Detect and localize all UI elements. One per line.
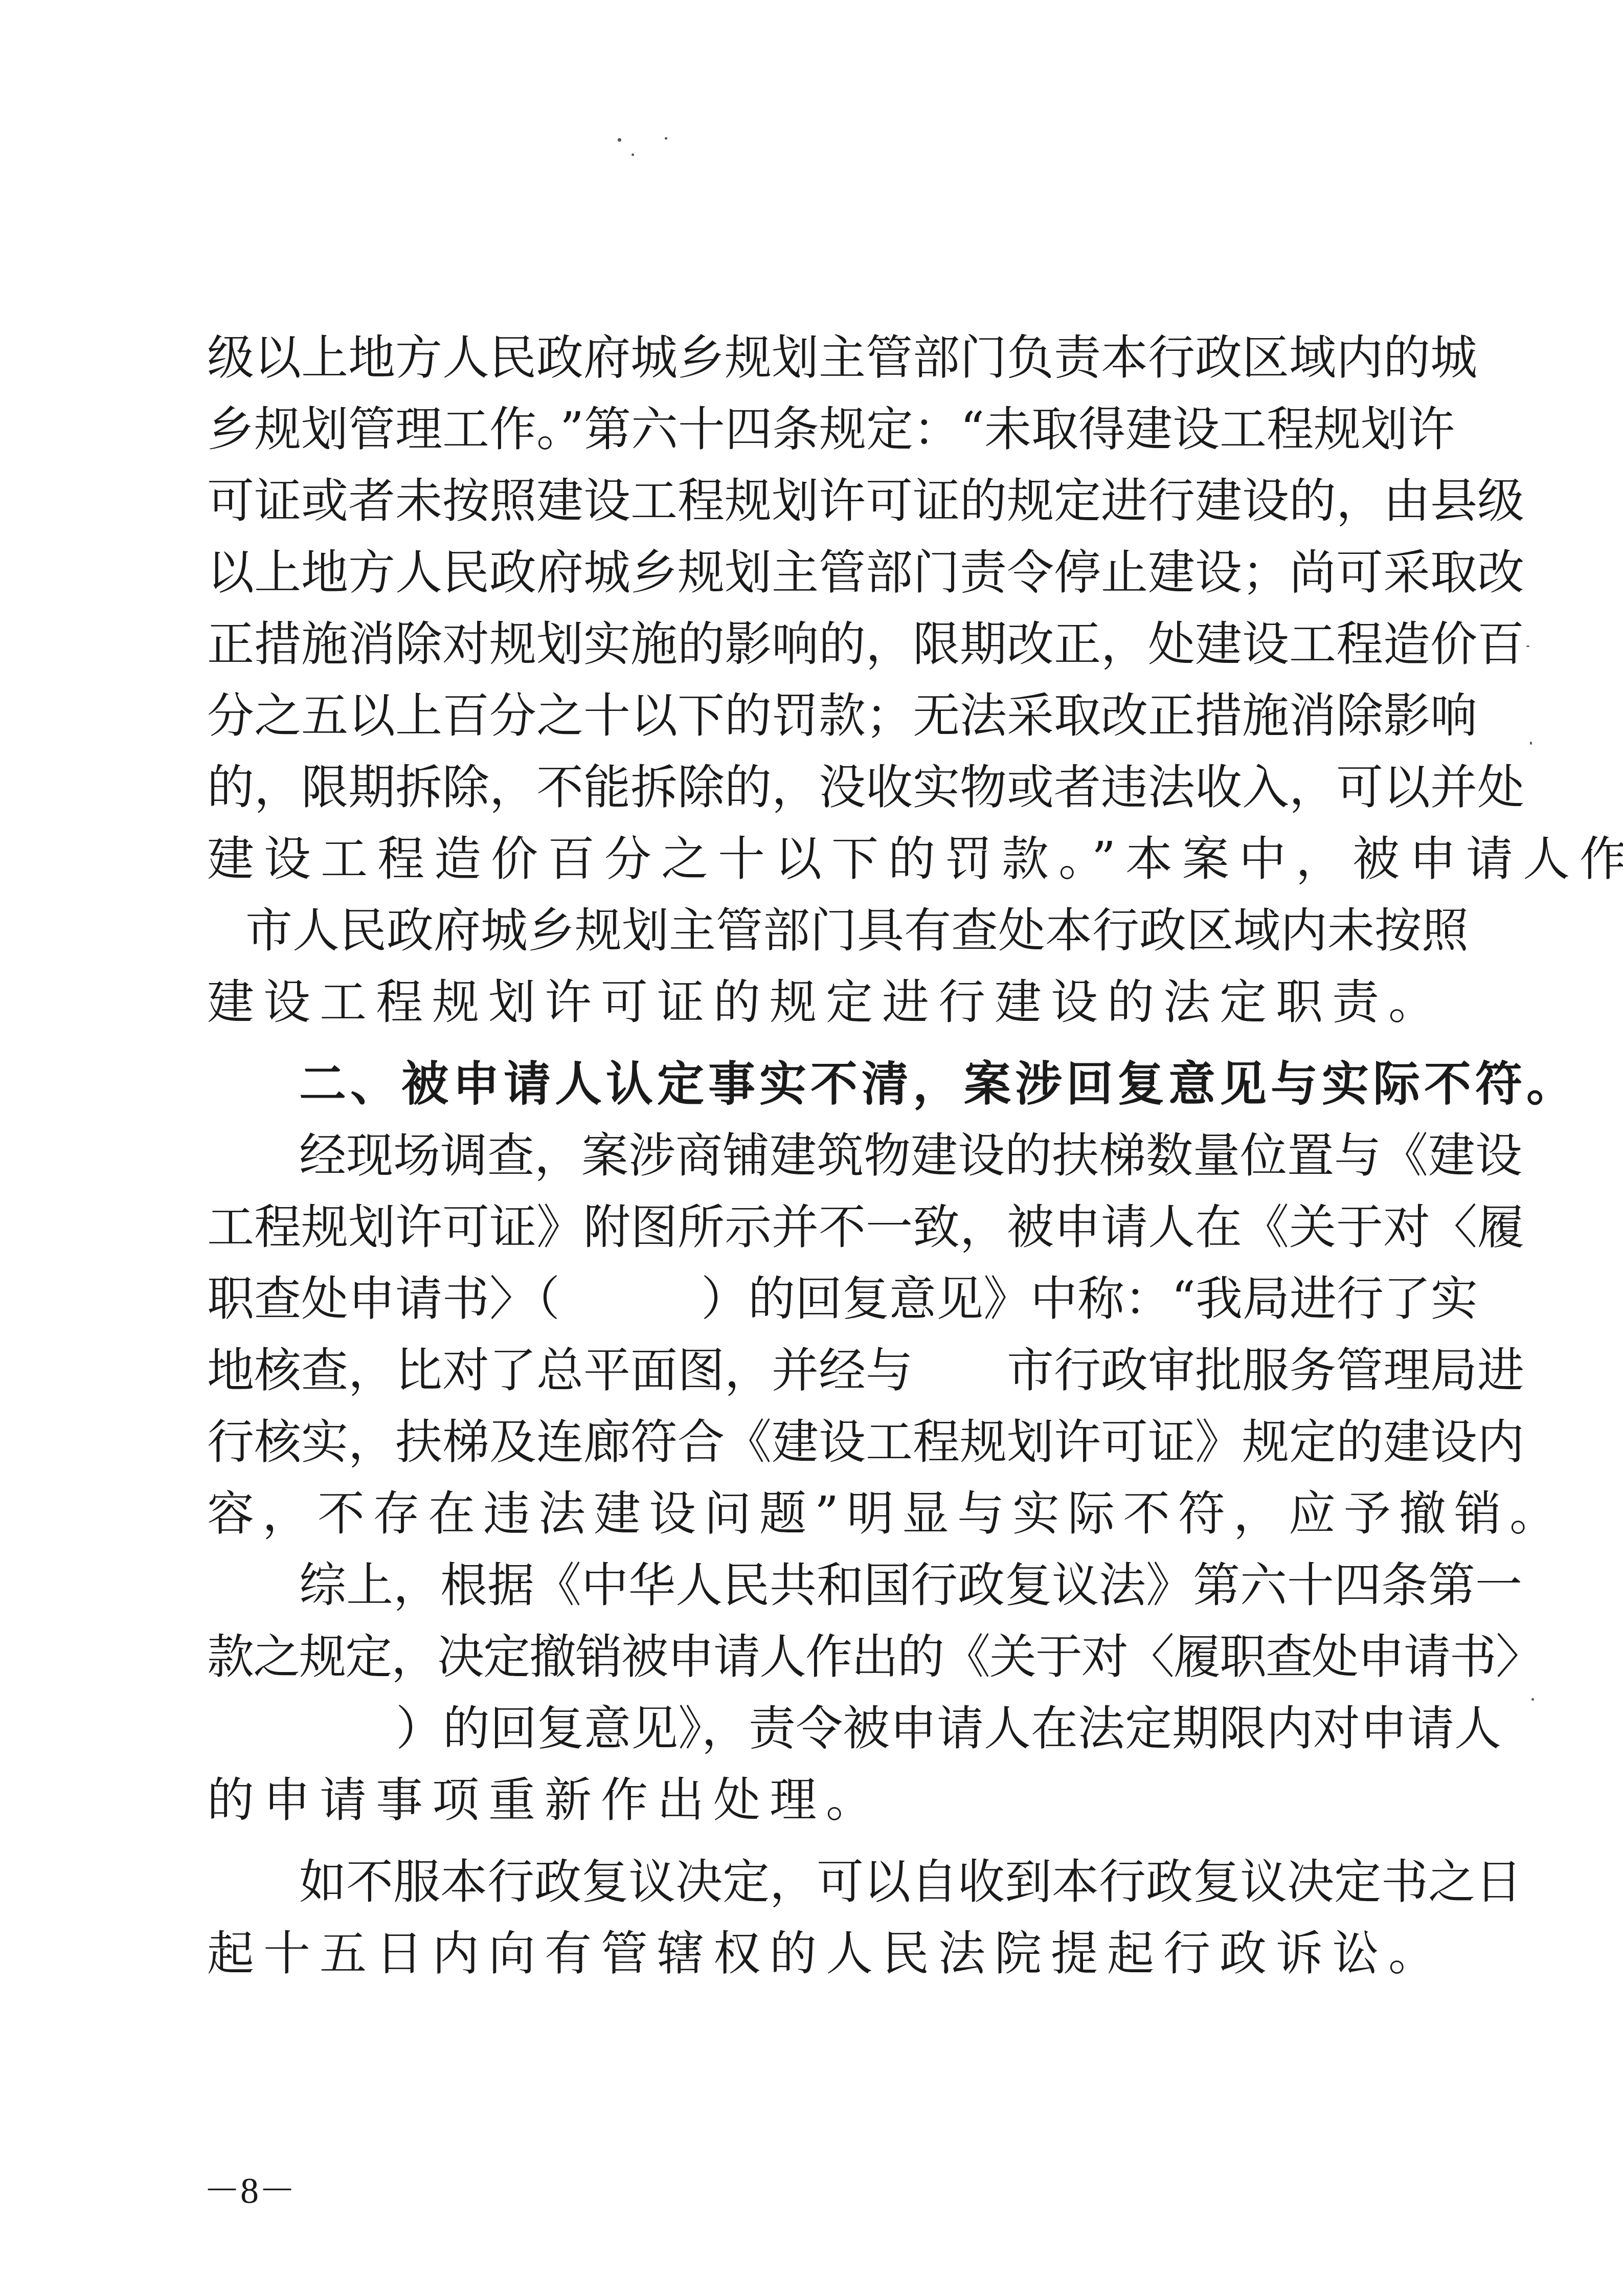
body-line: 款之规定，决定撤销被申请人作出的《关于对〈履职查处申请书〉 <box>207 1626 1419 1688</box>
body-line: 地核查，比对了总平面图，并经与 市行政审批服务管理局进 <box>207 1340 1419 1401</box>
body-line: 市人民政府城乡规划主管部门具有查处本行政区域内未按照 <box>245 900 1419 962</box>
body-line: 起十五日内向有管辖权的人民法院提起行政诉讼。 <box>207 1923 1419 1985</box>
body-line: 乡规划管理工作。”第六十四条规定：“未取得建设工程规划许 <box>207 399 1419 460</box>
body-line: 的申请事项重新作出处理。 <box>207 1770 1419 1831</box>
body-line: 分之五以上百分之十以下的罚款；无法采取改正措施消除影响 <box>207 685 1419 747</box>
scan-speck <box>618 138 621 142</box>
scan-speck <box>1530 742 1532 745</box>
document-page: 级以上地方人民政府城乡规划主管部门负责本行政区域内的城 乡规划管理工作。”第六十… <box>0 0 1623 2296</box>
scan-speck <box>1531 1698 1534 1701</box>
body-line: 正措施消除对规划实施的影响的，限期改正，处建设工程造价百 <box>207 614 1419 675</box>
body-line: 经现场调查，案涉商铺建筑物建设的扶梯数量位置与《建设 <box>299 1125 1419 1187</box>
scan-speck <box>632 153 634 156</box>
body-line: ）的回复意见》，责令被申请人在法定期限内对申请人 <box>302 1698 1419 1759</box>
body-line: 级以上地方人民政府城乡规划主管部门负责本行政区域内的城 <box>207 327 1419 389</box>
section-heading: 二、被申请人认定事实不清，案涉回复意见与实际不符。 <box>299 1054 1419 1115</box>
body-line: 的，限期拆除，不能拆除的，没收实物或者违法收入，可以并处 <box>207 757 1419 818</box>
body-line: 容，不存在违法建设问题”明显与实际不符，应予撤销。 <box>207 1483 1419 1545</box>
body-line: 可证或者未按照建设工程规划许可证的规定进行建设的，由县级 <box>207 471 1419 532</box>
body-line: 综上，根据《中华人民共和国行政复议法》第六十四条第一 <box>299 1555 1419 1616</box>
body-line: 以上地方人民政府城乡规划主管部门责令停止建设；尚可采取改 <box>207 542 1419 604</box>
body-line: 如不服本行政复议决定，可以自收到本行政复议决定书之日 <box>299 1852 1419 1913</box>
scan-speck <box>665 137 667 140</box>
page-number: －8－ <box>204 2168 296 2214</box>
scan-speck <box>1526 645 1529 647</box>
body-line: 工程规划许可证》附图所示并不一致，被申请人在《关于对〈履 <box>207 1197 1419 1258</box>
body-line: 建设工程造价百分之十以下的罚款。”本案中，被申请人作关 <box>207 829 1383 890</box>
body-line: 职查处申请书〉（ ）的回复意见》中称：“我局进行了实 <box>207 1268 1419 1330</box>
body-line: 建设工程规划许可证的规定进行建设的法定职责。 <box>207 972 1419 1033</box>
body-line: 行核实，扶梯及连廊符合《建设工程规划许可证》规定的建设内 <box>207 1412 1419 1473</box>
